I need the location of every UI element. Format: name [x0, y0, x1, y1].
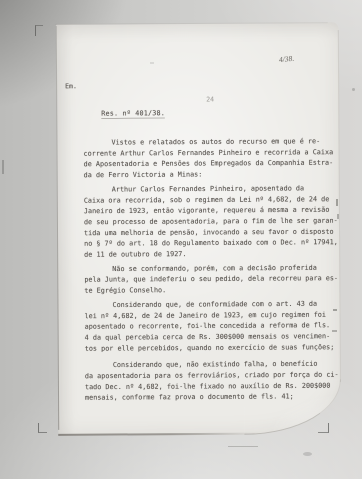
dust-speck: [337, 214, 339, 219]
typewritten-line: de 11 de outubro de 1927.: [84, 248, 340, 260]
crop-mark-top-left: [35, 25, 43, 36]
typewritten-line: mensais, conforme faz prova o documento …: [85, 391, 341, 403]
typewritten-line: pela Junta, que indeferiu o seu pedido, …: [84, 273, 340, 285]
paragraph: Considerando que, não existindo falha, o…: [85, 359, 341, 404]
dust-speck: [333, 309, 337, 311]
page-number: 24: [206, 96, 214, 104]
handwritten-note: 4/38.: [279, 55, 295, 65]
paragraph: Não se conformando, porém, com a decisão…: [84, 263, 340, 297]
typewritten-line: de Aposentadoria e Pensões dos Empregado…: [84, 158, 340, 170]
typewritten-line: tos por elle percebidos, quando no exerc…: [85, 342, 341, 354]
dust-speck: [150, 62, 154, 64]
typewritten-line: da de Ferro Victoria a Minas:: [84, 169, 340, 181]
typewritten-line: tado Dec. nº 4,682, foi-lhe fixado no au…: [85, 381, 341, 393]
dust-speck: [352, 88, 355, 91]
typewritten-line: te Egrégio Conselho.: [84, 284, 340, 296]
dust-speck: [303, 452, 312, 456]
typed-content-layer: 4/38. Em. 24 Res. nº 401/38. Vistos e re…: [56, 22, 342, 436]
paper-sheet: 4/38. Em. 24 Res. nº 401/38. Vistos e re…: [56, 22, 342, 436]
typewritten-line: no § 7º do art. 18 do Regulamento baixad…: [84, 237, 340, 249]
paragraph: Vistos e relatados os autos do recurso e…: [83, 136, 339, 181]
dust-speck: [332, 330, 337, 332]
document-body: Vistos e relatados os autos do recurso e…: [83, 136, 341, 404]
margin-note: Em.: [65, 83, 77, 91]
paragraph: Arthur Carlos Fernandes Pinheiro, aposen…: [84, 183, 340, 261]
photograph-backdrop: 4/38. Em. 24 Res. nº 401/38. Vistos e re…: [0, 0, 362, 479]
dust-speck: [2, 160, 4, 174]
resolution-heading: Res. nº 401/38.: [101, 109, 165, 118]
dust-speck: [336, 199, 338, 206]
dust-speck: [228, 446, 258, 447]
paragraph: Considerando que, de conformidade com o …: [84, 299, 340, 355]
crop-mark-bottom-left: [38, 423, 47, 433]
